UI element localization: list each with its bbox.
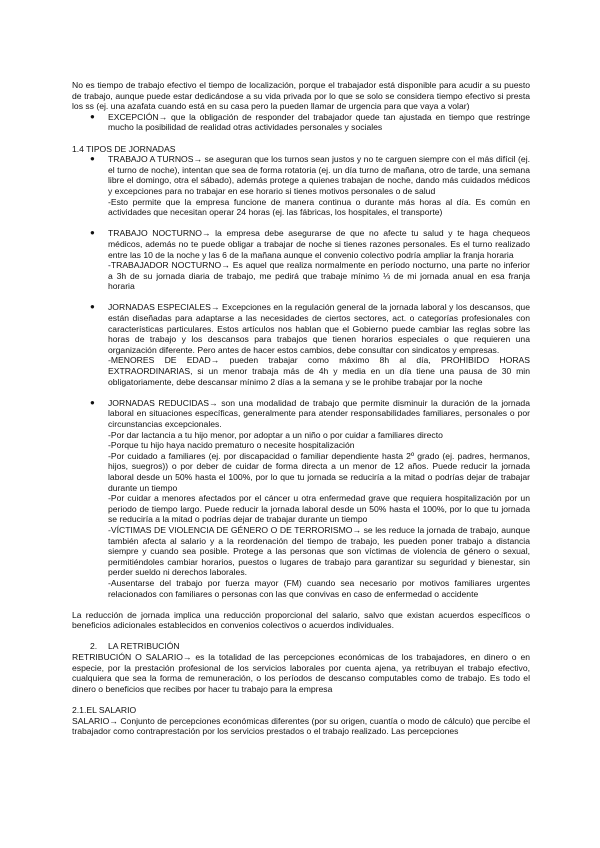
bullet-icon: ●: [90, 112, 95, 123]
spacer: [72, 694, 530, 705]
salario-paragraph: SALARIO→ Conjunto de percepciones económ…: [72, 716, 530, 737]
closing-paragraph: La reducción de jornada implica una redu…: [72, 610, 530, 631]
bullet-icon: ●: [90, 154, 95, 165]
item-note: -Por dar lactancia a tu hijo menor, por …: [108, 430, 530, 441]
list-item-especiales: ●JORNADAS ESPECIALES→ Excepciones en la …: [72, 302, 530, 387]
list-item-reducidas: ●JORNADAS REDUCIDAS→ son una modalidad d…: [72, 398, 530, 599]
exception-term: EXCEPCIÓN→: [108, 112, 167, 122]
section-title: LA RETRIBUCIÓN: [108, 641, 180, 651]
intro-paragraph: No es tiempo de trabajo efectivo el tiem…: [72, 80, 530, 112]
exception-bullet-item: ●EXCEPCIÓN→ que la obligación de respond…: [72, 112, 530, 133]
exception-list: ●EXCEPCIÓN→ que la obligación de respond…: [72, 112, 530, 133]
item-note: -Esto permite que la empresa funcione de…: [108, 197, 530, 218]
bullet-icon: ●: [90, 398, 95, 409]
item-term: TRABAJO NOCTURNO→: [108, 228, 211, 238]
item-note: -VÍCTIMAS DE VIOLENCIA DE GÉNERO O DE TE…: [108, 525, 530, 578]
document-page: No es tiempo de trabajo efectivo el tiem…: [72, 80, 530, 737]
jornadas-list: ●TRABAJO A TURNOS→ se aseguran que los t…: [72, 154, 530, 599]
bullet-icon: ●: [90, 228, 95, 239]
spacer: [72, 133, 530, 144]
spacer: [72, 218, 530, 229]
item-note: -Por cuidado a familiares (ej. por disca…: [108, 451, 530, 493]
section-heading-2: 2.LA RETRIBUCIÓN: [72, 641, 530, 652]
section-number: 2.: [90, 641, 108, 652]
spacer: [72, 599, 530, 610]
spacer: [72, 387, 530, 398]
list-item-nocturno: ●TRABAJO NOCTURNO→ la empresa debe asegu…: [72, 228, 530, 292]
item-term: TRABAJO A TURNOS→: [108, 154, 202, 164]
item-note: -TRABAJADOR NOCTURNO→ Es aquel que reali…: [108, 260, 530, 292]
spacer: [72, 631, 530, 642]
item-note: -Porque tu hijo haya nacido prematuro o …: [108, 440, 530, 451]
item-note: -Ausentarse del trabajo por fuerza mayor…: [108, 578, 530, 599]
bullet-icon: ●: [90, 302, 95, 313]
item-note: -MENORES DE EDAD→ pueden trabajar como m…: [108, 355, 530, 387]
list-item-turnos: ●TRABAJO A TURNOS→ se aseguran que los t…: [72, 154, 530, 218]
item-term: JORNADAS ESPECIALES→: [108, 302, 219, 312]
spacer: [72, 292, 530, 303]
section-heading-1-4: 1.4 TIPOS DE JORNADAS: [72, 144, 530, 155]
item-term: JORNADAS REDUCIDAS→: [108, 398, 218, 408]
item-note: -Por cuidar a menores afectados por el c…: [108, 493, 530, 525]
section-heading-2-1: 2.1.EL SALARIO: [72, 705, 530, 716]
exception-text: que la obligación de responder del traba…: [108, 112, 530, 133]
retribucion-paragraph: RETRIBUCIÓN O SALARIO→ es la totalidad d…: [72, 652, 530, 694]
